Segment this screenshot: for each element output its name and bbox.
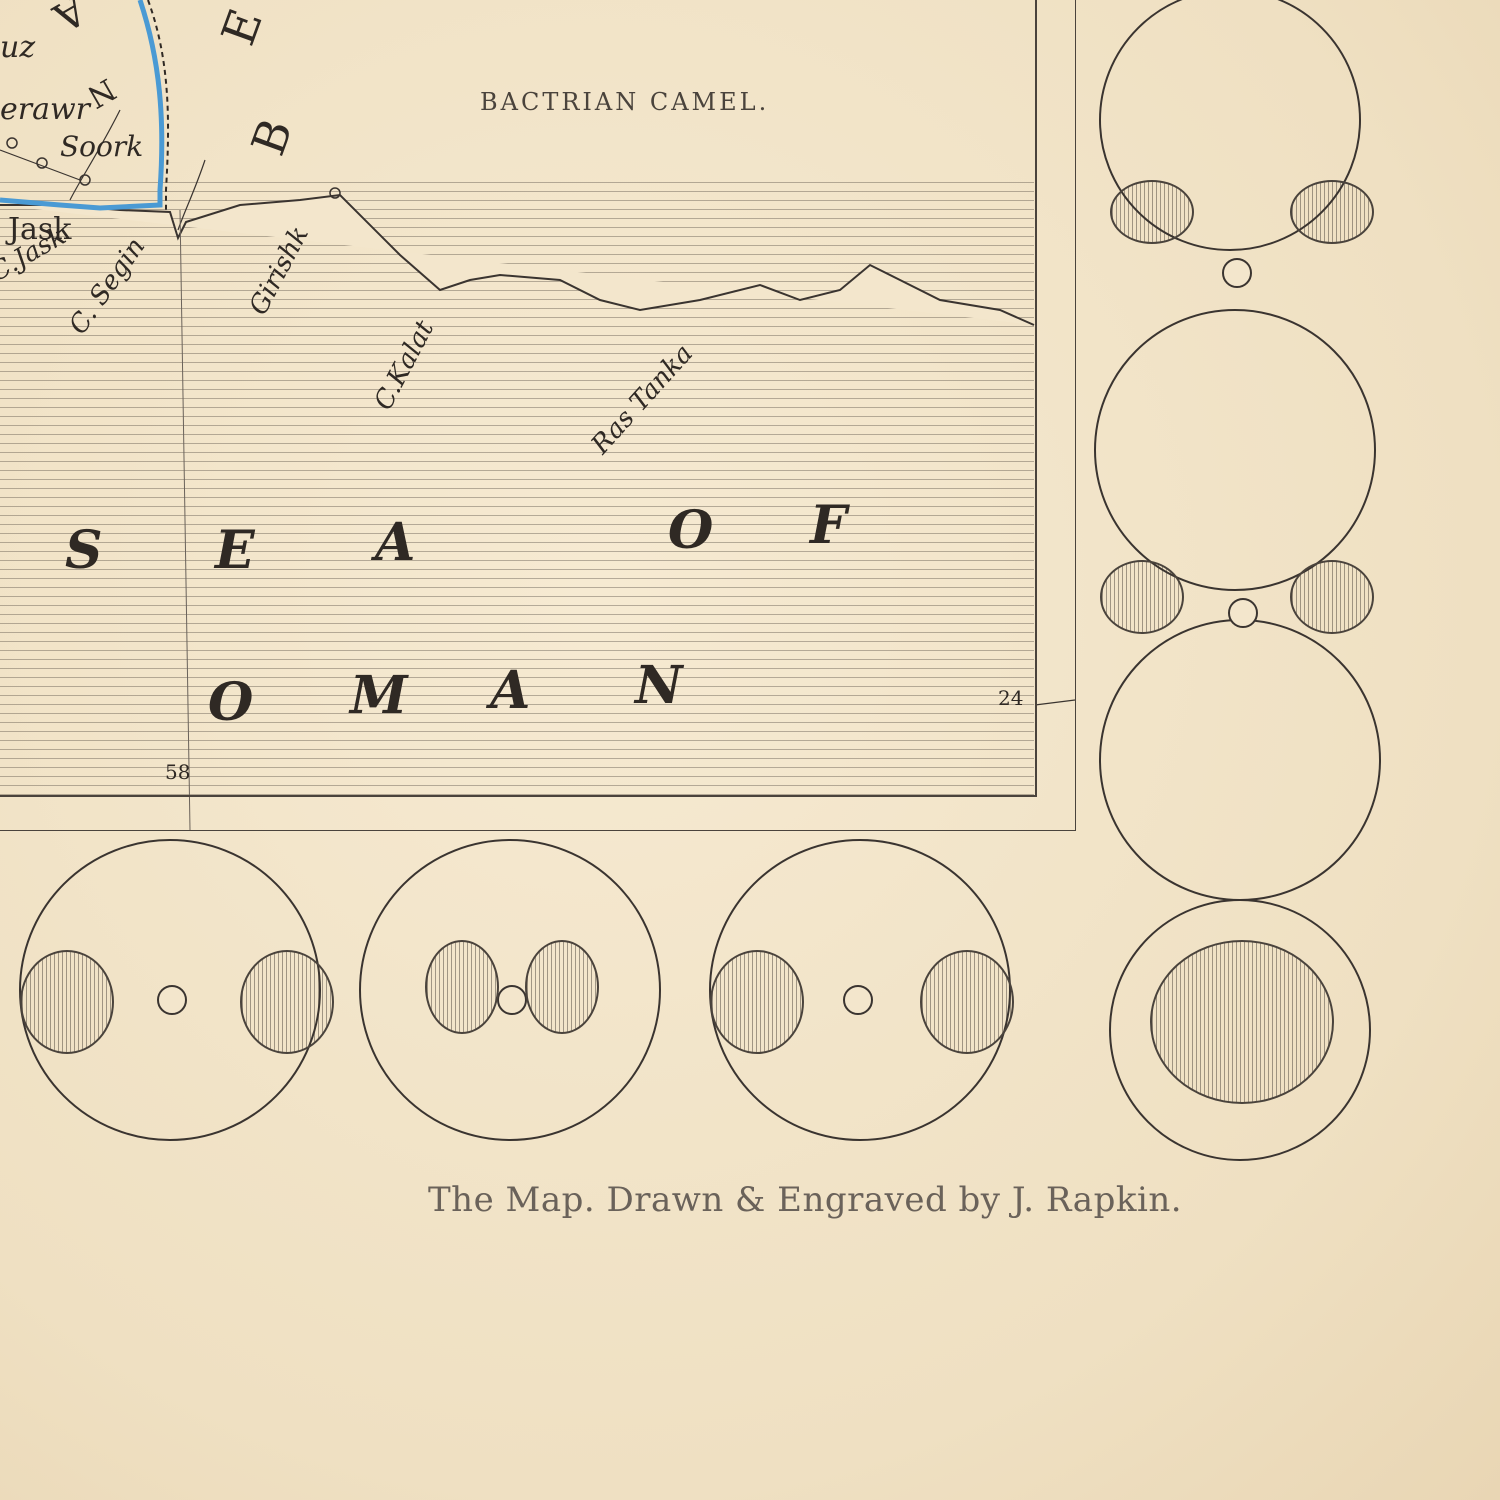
sea-name-letter: E [215, 520, 255, 581]
sea-name-letter: N [635, 655, 683, 716]
sea-name-letter: M [350, 665, 408, 726]
rosette-icon [157, 985, 187, 1015]
acanthus-leaf-ornament [1100, 560, 1184, 634]
vignette-caption: BACTRIAN CAMEL. [480, 88, 769, 116]
rosette-icon [843, 985, 873, 1015]
acanthus-leaf-ornament [20, 950, 114, 1054]
sea-name-letter: A [375, 512, 415, 573]
acanthus-leaf-ornament [710, 950, 804, 1054]
sea-name-letter: F [810, 495, 847, 556]
sea-name-letter: O [208, 672, 253, 733]
rosette-icon [1228, 598, 1258, 628]
acanthus-leaf-ornament [1110, 180, 1194, 244]
rosette-icon [497, 985, 527, 1015]
acanthus-leaf-ornament [240, 950, 334, 1054]
latitude-label: 24 [998, 686, 1023, 710]
outer-map-frame [0, 0, 1076, 831]
engraver-credit: The Map. Drawn & Engraved by J. Rapkin. [428, 1180, 1182, 1220]
acanthus-leaf-ornament [425, 940, 499, 1034]
acanthus-leaf-ornament [920, 950, 1014, 1054]
sea-name-letter: A [490, 660, 530, 721]
acanthus-leaf-ornament [1290, 560, 1374, 634]
acanthus-leaf-ornament [1150, 940, 1334, 1104]
acanthus-leaf-ornament [1290, 180, 1374, 244]
sea-name-letter: S [65, 520, 103, 581]
rosette-icon [1222, 258, 1252, 288]
place-label: uz [0, 30, 35, 65]
acanthus-leaf-ornament [525, 940, 599, 1034]
sea-name-letter: O [668, 500, 713, 561]
place-label: erawr [0, 92, 90, 127]
place-label-soork: Soork [60, 130, 143, 163]
longitude-label: 58 [165, 760, 190, 784]
